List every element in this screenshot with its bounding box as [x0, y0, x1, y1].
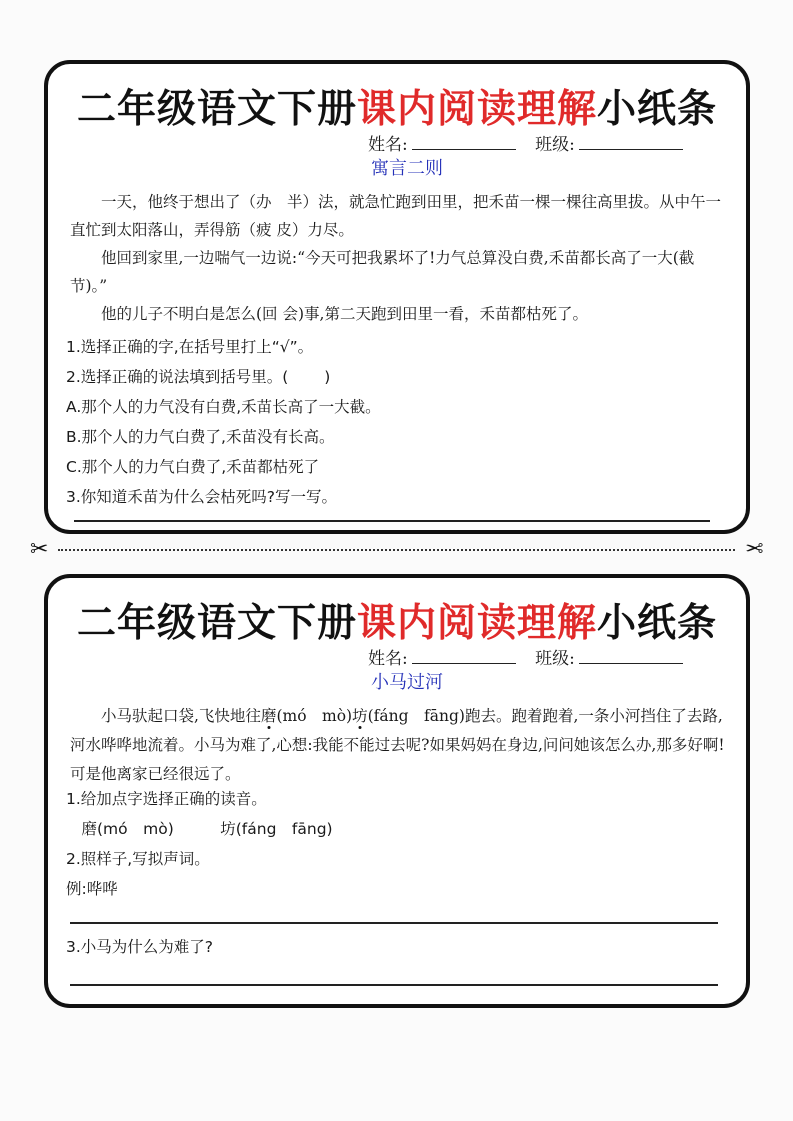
dotted-char: 坊 — [352, 707, 368, 725]
passage: 一天，他终于想出了（办 半）法，就急忙跑到田里，把禾苗一棵一棵往高里拔。从中午一… — [70, 188, 726, 328]
title-highlight: 课内阅读理解 — [357, 87, 597, 132]
slip-title: 二年级语文下册课内阅读理解小纸条 — [48, 78, 746, 134]
pinyin: (mó mò) — [276, 707, 352, 725]
paragraph: 他的儿子不明白是怎么(回 会)事,第二天跑到田里一看，禾苗都枯死了。 — [70, 300, 726, 328]
name-label: 姓名: — [368, 135, 408, 155]
scissors-icon: ✂ — [30, 538, 48, 562]
dotted-char: 磨 — [261, 707, 277, 725]
paragraph: 他回到家里,一边喘气一边说:“今天可把我累坏了!力气总算没白费,禾苗都长高了一大… — [70, 244, 726, 300]
example: 例:哗哗 — [66, 874, 726, 904]
class-blank[interactable] — [579, 135, 683, 150]
class-label: 班级: — [535, 135, 575, 155]
option-b: B.那个人的力气白费了,禾苗没有长高。 — [66, 422, 726, 452]
title-highlight: 课内阅读理解 — [357, 601, 597, 646]
text: 小马驮起口袋,飞快地往 — [101, 707, 261, 725]
option-a: A.那个人的力气没有白费,禾苗长高了一大截。 — [66, 392, 726, 422]
pinyin-options: 磨(mó mò) 坊(fáng fāng) — [66, 814, 726, 844]
text: (fáng fāng)跑去。跑着跑着, — [368, 707, 579, 725]
title-part: 二年级语文下册 — [77, 601, 357, 646]
paragraph: 一天，他终于想出了（办 半）法，就急忙跑到田里，把禾苗一棵一棵往高里拔。从中午一… — [70, 188, 726, 244]
dotted-divider — [58, 549, 735, 551]
cut-line: ✂ ✂ — [30, 538, 763, 562]
reading-slip-1: 二年级语文下册课内阅读理解小纸条 姓名: 班级: 寓言二则 一天，他终于想出了（… — [44, 60, 750, 534]
class-blank[interactable] — [579, 649, 683, 664]
question: 3.你知道禾苗为什么会枯死吗?写一写。 — [66, 482, 726, 512]
name-class-row: 姓名: 班级: — [368, 130, 697, 155]
answer-line[interactable] — [70, 922, 718, 924]
questions: 3.小马为什么为难了? — [66, 932, 726, 962]
scissors-icon: ✂ — [745, 538, 763, 562]
passage: 小马驮起口袋,飞快地往磨(mó mò)坊(fáng fāng)跑去。跑着跑着,一… — [70, 702, 726, 789]
name-label: 姓名: — [368, 649, 408, 669]
title-part: 二年级语文下册 — [77, 87, 357, 132]
paragraph: 小马驮起口袋,飞快地往磨(mó mò)坊(fáng fāng)跑去。跑着跑着,一… — [70, 702, 726, 789]
slip-title: 二年级语文下册课内阅读理解小纸条 — [48, 592, 746, 648]
question: 3.小马为什么为难了? — [66, 932, 726, 962]
reading-slip-2: 二年级语文下册课内阅读理解小纸条 姓名: 班级: 小马过河 小马驮起口袋,飞快地… — [44, 574, 750, 1008]
question: 2.选择正确的说法填到括号里。( ) — [66, 362, 726, 392]
answer-line[interactable] — [70, 984, 718, 986]
answer-line[interactable] — [74, 520, 710, 522]
passage-title: 小马过河 — [48, 668, 746, 694]
questions: 1.给加点字选择正确的读音。 磨(mó mò) 坊(fáng fāng) 2.照… — [66, 784, 726, 904]
name-blank[interactable] — [412, 135, 516, 150]
question: 1.给加点字选择正确的读音。 — [66, 784, 726, 814]
question: 1.选择正确的字,在括号里打上“√”。 — [66, 332, 726, 362]
title-part: 小纸条 — [597, 87, 717, 132]
question: 2.照样子,写拟声词。 — [66, 844, 726, 874]
title-part: 小纸条 — [597, 601, 717, 646]
option-c: C.那个人的力气白费了,禾苗都枯死了 — [66, 452, 726, 482]
name-blank[interactable] — [412, 649, 516, 664]
class-label: 班级: — [535, 649, 575, 669]
name-class-row: 姓名: 班级: — [368, 644, 697, 669]
passage-title: 寓言二则 — [48, 154, 746, 180]
questions: 1.选择正确的字,在括号里打上“√”。 2.选择正确的说法填到括号里。( ) A… — [66, 332, 726, 512]
